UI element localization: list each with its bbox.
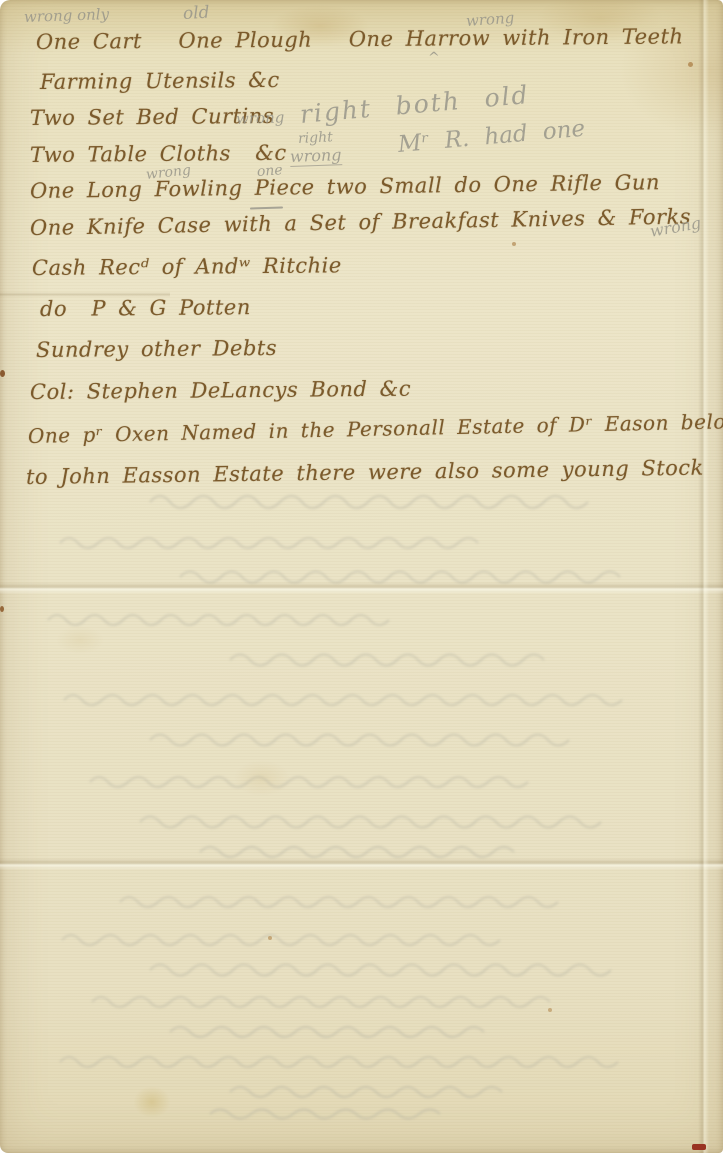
manuscript-scan: One Cart One Plough One Harrow with Iron… (0, 0, 723, 1153)
pencil-note-wrong-only: wrong only (24, 5, 110, 26)
pencil-caret-mark: ^ (428, 50, 440, 66)
red-speck (692, 1144, 706, 1150)
edge-speck-1 (0, 370, 5, 377)
foxing-spot-3 (268, 936, 272, 940)
pencil-note-right: right (298, 129, 334, 147)
ink-line-10: Col: Stephen DeLancys Bond &c (30, 377, 411, 404)
ink-line-4: Two Table Cloths &c (30, 141, 287, 167)
fold-crease-vertical (698, 0, 709, 1153)
pencil-note-wrong-curtins: wrong (236, 108, 285, 128)
fold-crease-horizontal-2 (0, 858, 723, 870)
pencil-note-wrong-cloths: wrong (290, 145, 342, 167)
foxing-spot-4 (548, 1008, 552, 1012)
ink-line-7: Cash Recᵈ of Andʷ Ritchie (32, 253, 342, 280)
fold-crease-horizontal-1 (0, 582, 723, 594)
foxing-spot-2 (512, 242, 516, 246)
pencil-note-one: one (256, 162, 283, 180)
ink-line-9: Sundrey other Debts (36, 336, 277, 362)
ink-line-8: do P & G Potten (40, 295, 251, 321)
foxing-spot-1 (688, 62, 693, 67)
edge-speck-2 (0, 606, 4, 612)
ink-line-2: Farming Utensils &c (40, 68, 280, 94)
pencil-note-wrong-top: wrong (465, 9, 514, 30)
pencil-note-old: old (182, 3, 210, 24)
